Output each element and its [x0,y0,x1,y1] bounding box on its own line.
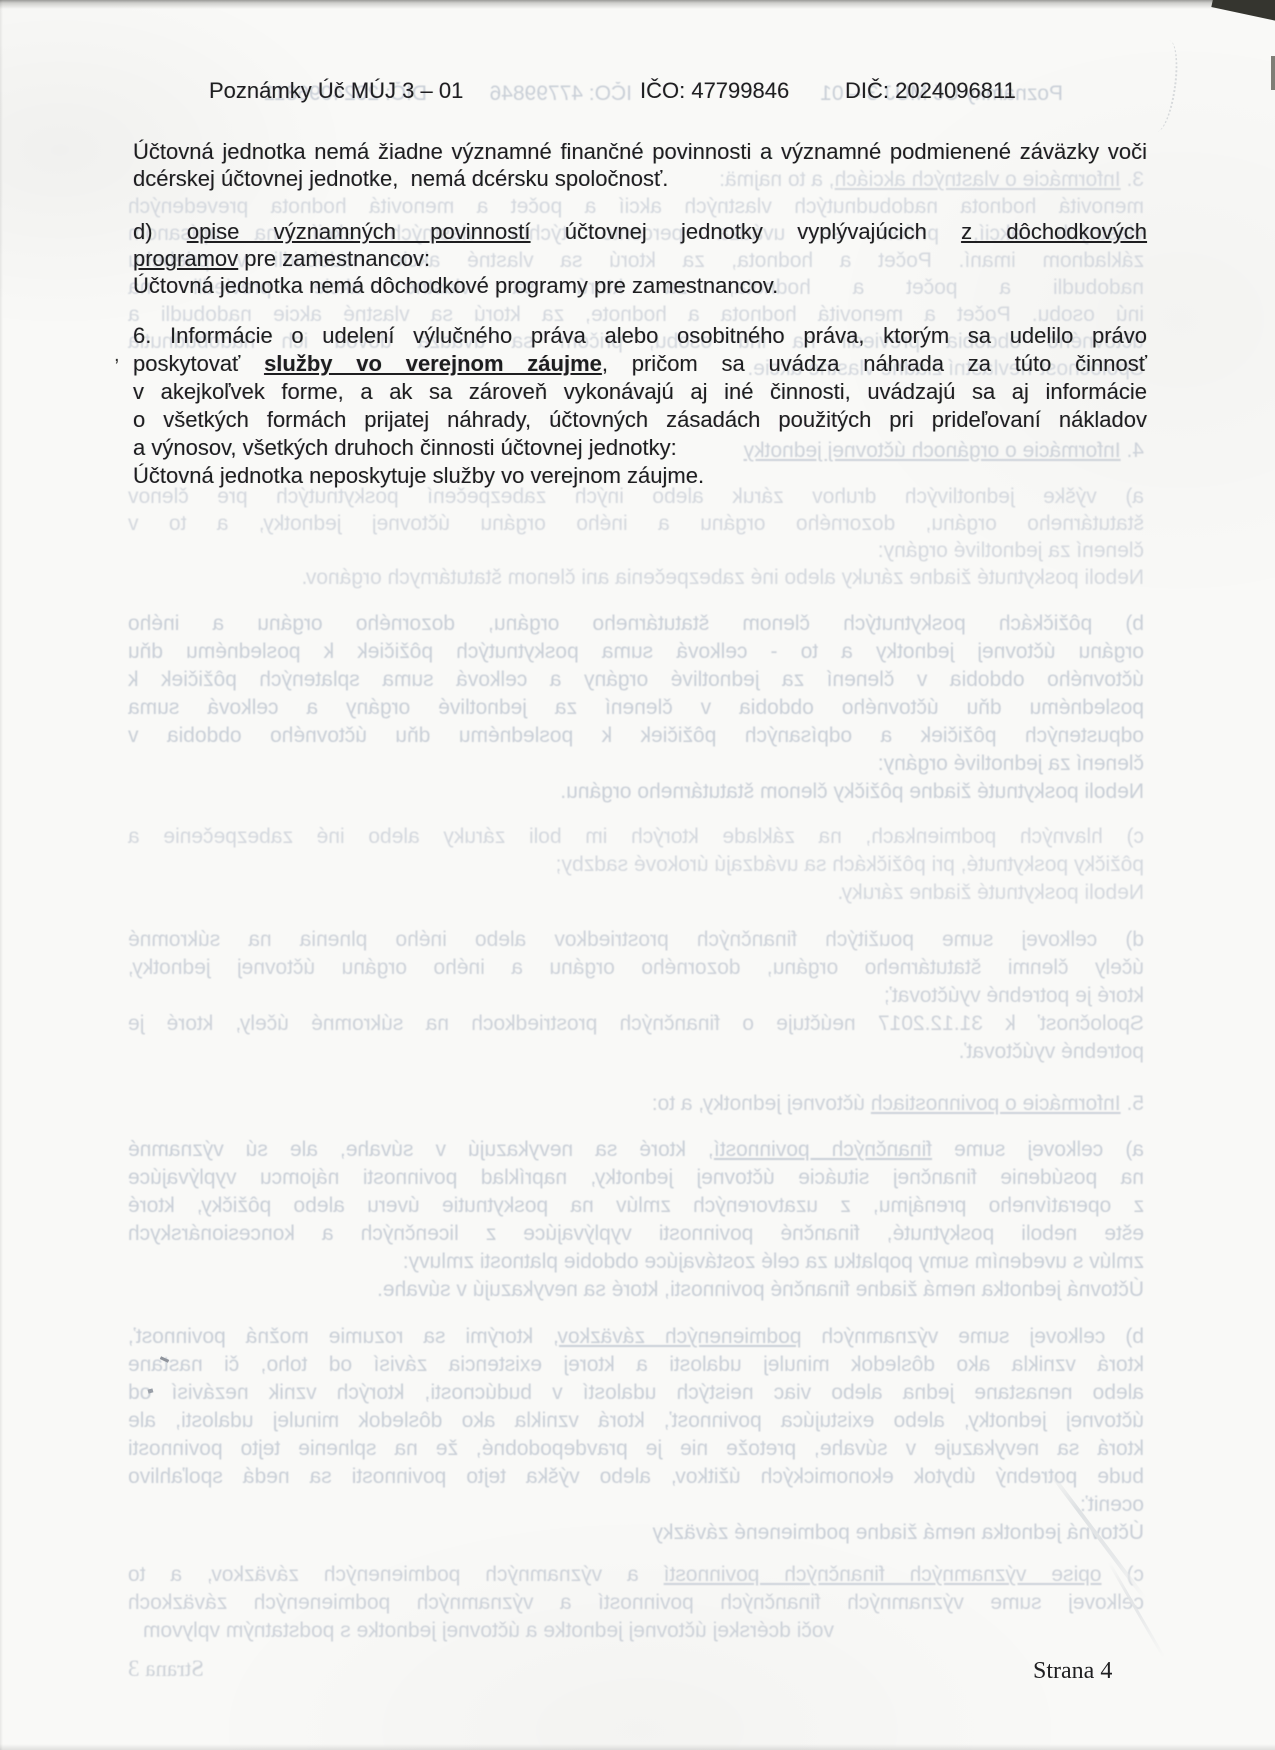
bleedthrough-section4-c: c) hlavných podmienkach, na základe ktor… [128,823,1144,907]
text-line: Neboli poskytnuté žiadne záruky alebo in… [128,564,1144,591]
bleedthrough-page-number: Strana 3 [128,1655,1144,1682]
ico-number: IČO: 47799846 [640,78,789,104]
bleedthrough-section5-heading: 5. Informácie o povinnostiach účtovnej j… [128,1090,1144,1117]
text-line: bude potrebný úbytok ekonomických úžitko… [128,1463,1144,1491]
text-line: účtovného obdobia v členení za jednotliv… [128,666,1144,694]
scanned-document-page: Poznámky Úč MÚJ 3 – 01 IČO: 47799846 DIČ… [0,0,1275,1750]
scan-edge-top [0,0,1275,9]
text-line: celkovej sume významných finančných povi… [128,1589,1144,1617]
bleedthrough-section4-a: a) výške jednotlivých druhov záruk alebo… [128,483,1144,591]
bleedthrough-section5-a: a) celkovej sume finančných povinností, … [128,1136,1144,1304]
text-line: a výnosov, všetkých druhoch činnosti účt… [133,434,1147,462]
bleedthrough-section4-b: b) pôžičkách poskytnutých členom štatutá… [128,610,1144,806]
text-line: členení za jednotlivé orgány: [128,750,1144,778]
text-line: alebo nenastane jedna alebo viac neistýc… [128,1379,1144,1407]
text-line: 6. Informácie o udelení výlučného práva … [133,322,1147,350]
form-header: Poznámky Úč MÚJ 3 – 01 IČO: 47799846 DIČ… [128,78,1144,106]
dic-number: DIČ: 2024096811 [845,78,1016,104]
text-line: poskytovať služby vo verejnom záujme, pr… [133,350,1147,378]
text-line: ktoré je potrebné vyúčtovať; [128,982,1144,1010]
scan-edge-bottom [0,1744,1275,1750]
text-line: voči dcérskej účtovnej jednotke a účtovn… [128,1617,1144,1645]
text-line: Účtovná jednotka nemá dôchodkové program… [133,272,1147,299]
text-line: a) celkovej sume finančných povinností, … [128,1136,1144,1164]
paragraph-public-interest-services: 6. Informácie o udelení výlučného práva … [133,322,1147,490]
text-line: d) opise významných povinností účtovnej … [133,218,1147,245]
text-line: o všetkých formách prijatej náhrady, účt… [133,406,1147,434]
text-line: 5. Informácie o povinnostiach účtovnej j… [128,1090,1144,1117]
text-line: d) celkovej sume použitých finančných pr… [128,926,1144,954]
text-line: Neboli poskytnuté žiadne pôžičky členom … [128,778,1144,806]
text-line: c) hlavných podmienkach, na základe ktor… [128,823,1144,851]
text-line: odpustených pôžičiek a odpísaných pôžiči… [128,722,1144,750]
text-line: b) pôžičkách poskytnutých členom štatutá… [128,610,1144,638]
text-line: menovitá hodnota nadobudnutých vlastných… [128,193,1144,220]
text-line: členení za jednotlivé orgány: [128,537,1144,564]
bleedthrough-section4-d: d) celkovej sume použitých finančných pr… [128,926,1144,1066]
text-line: dcérskej účtovnej jednotke, nemá dcérsku… [133,165,1147,192]
corner-fold-mark [1211,0,1275,22]
bleedthrough-section5-c: c) opise významných finančných povinnost… [128,1561,1144,1645]
text-line: ktorá sa nevykazuje v súvahe, pretože ni… [128,1435,1144,1463]
text-line: b) celkovej sume významných podmienených… [128,1323,1144,1351]
text-line: Účtovná jednotka neposkytuje služby vo v… [133,462,1147,490]
text-line: Neboli poskytnuté žiadne záruky. [128,879,1144,907]
text-line: Spoločnosť k 31.12.2017 neúčtuje o finan… [128,1010,1144,1038]
text-line: účtovnej jednotky, alebo existujúca povi… [128,1407,1144,1435]
text-line: v akejkoľvek forme, a ak sa zároveň vyko… [133,378,1147,406]
text-line: Účtovná jednotka nemá žiadne podmienené … [128,1519,1144,1547]
paragraph-pension-programs: d) opise významných povinností účtovnej … [133,218,1147,299]
bleedthrough-section5-b: b) celkovej sume významných podmienených… [128,1323,1144,1547]
text-line: zmlúv s uvedením sumy poplatku za celé z… [128,1248,1144,1276]
scan-edge-left [0,0,3,1750]
text-line: Účtovná jednotka nemá žiadne finančné po… [128,1276,1144,1304]
form-title: Poznámky Úč MÚJ 3 – 01 [209,78,463,104]
paragraph-subsidiary-liabilities: Účtovná jednotka nemá žiadne významné fi… [133,138,1147,192]
text-line: Účtovná jednotka nemá žiadne významné fi… [133,138,1147,165]
page-number: Strana 4 [1033,1658,1112,1685]
text-line: z operatívneho prenájmu, z uzatvorených … [128,1192,1144,1220]
edge-mark [1271,56,1275,90]
text-line: štatutárneho orgánu, dozorného orgánu a … [128,510,1144,537]
text-line: potrebné vyúčtovať. [128,1038,1144,1066]
text-line: na posúdenie finančnej situácie účtovnej… [128,1164,1144,1192]
text-line: pôžičky poskytnuté, pri pôžičkách sa uvá… [128,851,1144,879]
text-line: programov pre zamestnancov: [133,245,1147,272]
text-line: ešte neboli poskytnuté, finančné povinno… [128,1220,1144,1248]
text-line: účely členmi štatutárneho orgánu, dozorn… [128,954,1144,982]
text-line: orgánu účtovnej jednotky a to - celková … [128,638,1144,666]
text-line: Strana 3 [128,1655,1144,1682]
ink-speck: , [114,344,120,367]
text-line: ktorá vznikla ako dôsledok minulej udalo… [128,1351,1144,1379]
text-line: oceniť: [128,1491,1144,1519]
text-line: c) opise významných finančných povinnost… [128,1561,1144,1589]
text-line: poslednému dňu účtovného obdobia v člene… [128,694,1144,722]
scan-squiggle-mark [1144,39,1183,134]
